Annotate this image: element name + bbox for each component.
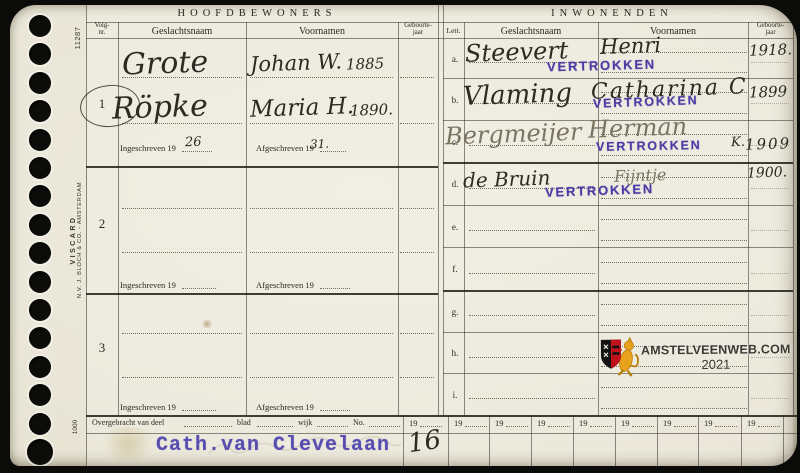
punch-hole — [29, 242, 51, 264]
writing-line — [400, 252, 434, 253]
punch-hole — [29, 157, 51, 179]
writing-line — [601, 262, 747, 263]
table-rule-vertical — [489, 415, 490, 466]
year-cell-label: 19 — [621, 418, 630, 428]
punch-hole — [29, 72, 51, 94]
volgnr-2: 2 — [86, 216, 118, 232]
column-header-surname-right: Geslachtsnaam — [464, 26, 598, 37]
year-cell-label: 19 — [409, 418, 418, 428]
watermark-text: AMSTELVEENWEB.COM 2021 — [641, 342, 791, 372]
dotted-fill — [257, 426, 293, 427]
shield-icon — [601, 340, 621, 369]
writing-line — [250, 77, 393, 78]
dotted-fill — [320, 151, 346, 152]
table-rule-vertical — [86, 5, 87, 466]
year-cell-label: 19 — [495, 418, 504, 428]
table-rule-vertical — [657, 415, 658, 466]
table-rule-vertical — [698, 415, 699, 466]
ingeschreven-label-2: Ingeschreven 19 — [120, 280, 176, 290]
writing-line — [601, 304, 747, 305]
writing-line — [751, 62, 789, 63]
writing-line — [122, 208, 242, 209]
table-rule-vertical — [398, 22, 399, 415]
writing-line — [250, 123, 393, 124]
printer-company: N.V. J. BLOCH & CO. - AMSTERDAM — [77, 182, 83, 298]
punch-hole — [29, 100, 51, 122]
column-header-birthyear-left: Geboorte- jaar — [398, 22, 438, 37]
writing-line — [601, 408, 747, 409]
year-cell-label: 19 — [663, 418, 672, 428]
inwonende-name-suffix: K. — [731, 135, 745, 150]
writing-line — [122, 333, 242, 334]
register-card-photo: 11287 VISCARD N.V. J. BLOCH & CO. - AMST… — [0, 0, 800, 473]
table-rule-horizontal — [86, 415, 797, 417]
writing-line — [751, 230, 789, 231]
year-cell-label: 19 — [537, 418, 546, 428]
lett-label: h. — [447, 348, 463, 358]
dotted-fill — [320, 410, 350, 411]
card-serial-top: 11287 — [72, 13, 82, 63]
watermark-site: AMSTELVEENWEB.COM — [641, 342, 791, 357]
paper-smudge — [200, 320, 214, 328]
dotted-fill — [182, 410, 216, 411]
writing-line — [601, 155, 747, 156]
watermark: AMSTELVEENWEB.COM 2021 — [598, 334, 791, 380]
punch-hole — [29, 185, 51, 207]
street-name-stamp: Cath.van Clevelaan — [156, 434, 390, 457]
inwonende-birthyear: 1899 — [749, 82, 788, 101]
writing-line — [751, 315, 789, 316]
writing-line — [601, 219, 747, 220]
table-rule-vertical — [783, 415, 784, 466]
writing-line — [250, 333, 393, 334]
year-cell-label: 19 — [579, 418, 588, 428]
punch-hole — [29, 413, 51, 435]
lett-label: i. — [447, 390, 463, 400]
hoofdbewoner-surname-2: Röpke — [111, 88, 208, 126]
punch-hole — [29, 214, 51, 236]
punch-hole — [29, 356, 51, 378]
table-rule-vertical — [438, 5, 439, 415]
dotted-fill — [184, 426, 232, 427]
writing-line — [400, 333, 434, 334]
watermark-year: 2021 — [641, 356, 791, 372]
writing-line — [400, 77, 434, 78]
printer-imprint: VISCARD N.V. J. BLOCH & CO. - AMSTERDAM — [67, 145, 85, 335]
table-rule-horizontal — [86, 293, 438, 295]
writing-line — [469, 357, 595, 358]
writing-line — [250, 252, 393, 253]
writing-line — [751, 103, 789, 104]
writing-line — [601, 325, 747, 326]
table-rule-vertical — [741, 415, 742, 466]
writing-line — [122, 377, 242, 378]
lett-label: b. — [447, 95, 463, 105]
writing-line — [400, 123, 434, 124]
column-header-birthyear-left-line2: jaar — [398, 29, 438, 36]
lett-label: e. — [447, 222, 463, 232]
column-header-birthyear-right-line2: jaar — [748, 29, 793, 36]
ingeschreven-value-1: 26 — [185, 135, 202, 151]
punch-hole — [27, 439, 53, 465]
writing-line — [469, 315, 595, 316]
inwonenden-row: a.SteevertHenri1918.VERTROKKEN — [443, 38, 793, 78]
table-rule-horizontal — [86, 22, 793, 23]
ingeschreven-label-1: Ingeschreven 19 — [120, 143, 176, 153]
dotted-fill — [317, 426, 348, 427]
year-cell-dots — [590, 426, 612, 427]
hoofdbewoner-birthyear-1: 1885 — [346, 54, 385, 73]
writing-line — [751, 273, 789, 274]
column-header-surname-left: Geslachtsnaam — [118, 26, 246, 37]
inwonenden-row: g. — [443, 290, 793, 332]
punch-hole — [29, 129, 51, 151]
column-header-firstnames-left: Voornamen — [246, 26, 398, 37]
column-header-volgnr-line1: Volg- — [86, 22, 118, 29]
volgnr-3: 3 — [86, 340, 118, 356]
writing-line — [122, 252, 242, 253]
year-cell-label: 19 — [454, 418, 463, 428]
writing-line — [400, 377, 434, 378]
hoofdbewoner-birthyear-2: 1890. — [350, 100, 394, 119]
table-rule-vertical — [448, 415, 449, 466]
vertrokken-stamp: VERTROKKEN — [545, 181, 654, 200]
inwonende-surname: Vlaming — [463, 78, 573, 112]
afgeschreven-value-1: 31. — [310, 137, 330, 152]
inwonende-birthyear: 1900. — [747, 164, 788, 181]
punch-hole — [29, 15, 51, 37]
writing-line — [601, 387, 747, 388]
dotted-fill — [182, 151, 212, 152]
inwonenden-row: d.de BruinFijntje1900.VERTROKKEN — [443, 162, 793, 205]
section-title-inwonenden: INWONENDEN — [462, 8, 762, 19]
column-header-birthyear-left-line1: Geboorte- — [398, 22, 438, 29]
printer-name: VISCARD — [70, 216, 77, 265]
inwonende-surname: de Bruin — [463, 165, 551, 192]
writing-line — [751, 188, 789, 189]
lett-label: a. — [447, 54, 463, 64]
table-rule-horizontal — [86, 166, 438, 168]
afgeschreven-label-3: Afgeschreven 19 — [256, 402, 314, 412]
dotted-fill — [182, 288, 216, 289]
punch-hole — [29, 271, 51, 293]
afgeschreven-label-2: Afgeschreven 19 — [256, 280, 314, 290]
writing-line — [400, 208, 434, 209]
table-rule-vertical — [573, 415, 574, 466]
table-rule-vertical — [118, 22, 119, 415]
writing-line — [751, 398, 789, 399]
inwonenden-row: e. — [443, 205, 793, 247]
writing-line — [469, 398, 595, 399]
inwonende-surname: Bergmeijer — [445, 118, 582, 151]
inwonende-birthyear: 1909 — [745, 134, 792, 154]
inwonende-firstnames: Henri — [600, 33, 662, 59]
writing-line — [469, 230, 595, 231]
year-cell-label: 19 — [704, 418, 713, 428]
hoofdbewoner-firstnames-1: Johan W. — [250, 49, 343, 76]
vertrokken-stamp: VERTROKKEN — [596, 138, 702, 154]
inwonende-birthyear: 1918. — [749, 40, 793, 59]
vertrokken-stamp: VERTROKKEN — [547, 57, 656, 75]
year-cell-dots — [548, 426, 570, 427]
column-header-birthyear-right-line1: Geboorte- — [748, 22, 793, 29]
year-cell-dots — [506, 426, 528, 427]
lett-label: f. — [447, 264, 463, 274]
year-cell-label: 19 — [747, 418, 756, 428]
column-header-volgnr-line2: nr. — [86, 29, 118, 36]
column-header-lett: Lett. — [443, 26, 464, 35]
dotted-fill — [369, 426, 400, 427]
table-rule-vertical — [246, 22, 247, 415]
year-cell-dots — [715, 426, 737, 427]
section-title-hoofdbewoners: HOOFDBEWONERS — [107, 8, 407, 19]
year-cell-dots — [632, 426, 654, 427]
writing-line — [250, 208, 393, 209]
table-rule-vertical — [615, 415, 616, 466]
year-cell-dots — [674, 426, 696, 427]
population-register-card: 11287 VISCARD N.V. J. BLOCH & CO. - AMST… — [10, 5, 797, 466]
writing-line — [469, 273, 595, 274]
year-cell-dots — [758, 426, 780, 427]
punch-hole — [29, 327, 51, 349]
lett-label: g. — [447, 307, 463, 317]
writing-line — [601, 283, 747, 284]
blad-label: blad — [237, 418, 251, 427]
column-header-birthyear-right: Geboorte- jaar — [748, 22, 793, 37]
lett-label: d. — [447, 179, 463, 189]
table-rule-vertical — [531, 415, 532, 466]
writing-line — [601, 198, 747, 199]
wijk-label: wijk — [298, 418, 312, 427]
card-serial-bottom: 1000 — [71, 407, 79, 447]
house-number: 16 — [406, 425, 443, 459]
column-header-volgnr: Volg- nr. — [86, 22, 118, 37]
hoofdbewoner-surname-1: Grote — [121, 45, 208, 83]
punch-hole — [29, 299, 51, 321]
no-label: No. — [353, 418, 365, 427]
year-cell-dots — [465, 426, 487, 427]
punch-hole — [29, 384, 51, 406]
writing-line — [601, 240, 747, 241]
hoofdbewoner-firstnames-2: Maria H. — [250, 93, 355, 123]
inwonenden-row: c.BergmeijerHermanK.1909VERTROKKEN — [443, 120, 793, 162]
afgeschreven-label-1: Afgeschreven 19 — [256, 143, 314, 153]
vertrokken-stamp: VERTROKKEN — [593, 93, 699, 111]
transfer-label: Overgebracht van deel — [92, 418, 164, 427]
writing-line — [250, 377, 393, 378]
table-rule-vertical — [793, 22, 794, 415]
punch-hole — [29, 43, 51, 65]
inwonenden-row: f. — [443, 247, 793, 290]
ingeschreven-label-3: Ingeschreven 19 — [120, 402, 176, 412]
dotted-fill — [320, 288, 350, 289]
